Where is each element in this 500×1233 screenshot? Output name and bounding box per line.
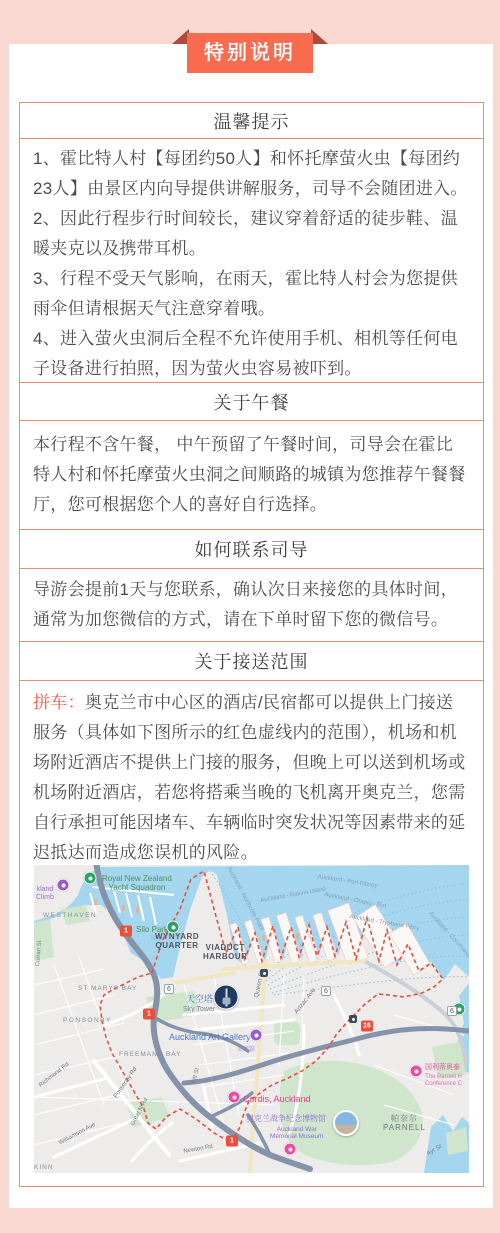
pickup-text: 拼车：奥克兰市中心区的酒店/民宿都可以提供上门接送服务（具体如下图所示的红色虚线… [33, 688, 470, 868]
pickup-body: 奥克兰市中心区的酒店/民宿都可以提供上门接送服务（具体如下图所示的红色虚线内的范… [33, 693, 466, 862]
transit-station-icon [349, 1015, 357, 1023]
map-label: Great N Rd [130, 1097, 150, 1127]
ferry-route-label: Auckland - Rakino Island [260, 886, 326, 903]
map-label: 奥克兰战争纪念博物馆 [246, 1114, 326, 1123]
contact-content: 导游会提前1天与您联系，确认次日来接您的具体时间，通常为加您微信的方式，请在下单… [20, 569, 483, 641]
map-label: Auckland Art Gallery [169, 1032, 251, 1042]
tips-item-1: 1、霍比特人村【每团约50人】和怀托摩萤火虫【每团约23人】由景区内向导提供讲解… [33, 144, 470, 204]
map-label: PONSONBY [63, 1017, 112, 1024]
tips-content: 1、霍比特人村【每团约50人】和怀托摩萤火虫【每团约23人】由景区内向导提供讲解… [20, 139, 483, 382]
highway-1-shield: 1 [120, 926, 132, 937]
map-label: Silo Park [136, 925, 168, 934]
map-label: Richmond Rd [38, 1062, 71, 1090]
contact-title: 如何联系司导 [20, 529, 483, 569]
map-label: Ayr St [426, 1144, 444, 1158]
map-label: WYNYARD QUARTER [155, 932, 199, 950]
map-label: 帕奈尔 PARNELL [383, 1114, 426, 1132]
map-label: 天空塔 [186, 994, 213, 1004]
parnell-hotel-icon [410, 1065, 423, 1078]
pickup-content: 拼车：奥克兰市中心区的酒店/民宿都可以提供上门接送服务（具体如下图所示的红色虚线… [20, 681, 483, 1188]
section-banner: 特别说明 [187, 33, 313, 73]
map-label: VIADUCT HARBOUR [203, 943, 247, 961]
auckland-pickup-area-map: kland ClimbRoyal New Zealand Yacht Squad… [34, 865, 469, 1173]
ferry-route-label: Auckland - Northcote Point [226, 866, 265, 932]
lunch-text: 本行程不含午餐， 中午预留了午餐时间，司导会在霍比特人村和怀托摩萤火虫洞之间顺路… [33, 430, 470, 520]
contact-text: 导游会提前1天与您联系，确认次日来接您的具体时间，通常为加您微信的方式，请在下单… [33, 575, 470, 635]
highway-1-shield: 1 [226, 1136, 238, 1147]
map-label: kland Climb [36, 886, 54, 902]
ribbon-fold-right [311, 29, 328, 44]
route-6-shield: 6 [447, 1006, 457, 1016]
tips-item-4: 4、进入萤火虫洞后全程不允许使用手机、相机等任何电子设备进行拍照，因为萤火虫容易… [33, 324, 470, 382]
map-label: Pitt St [191, 1068, 202, 1085]
map-label: The Parnell H Conference C [425, 1074, 462, 1088]
map-label: ST MARYS BAY [78, 985, 137, 992]
map-label: KINN [34, 1164, 54, 1171]
hotel-icon [284, 1143, 297, 1156]
map-label: Newton Rd [183, 1144, 213, 1156]
ferry-route-label: Auckland - Coromandel [428, 911, 469, 962]
highway-1-shield: 1 [143, 1009, 155, 1020]
map-label-layer: kland ClimbRoyal New Zealand Yacht Squad… [34, 865, 469, 1173]
map-label: Curran St [35, 940, 44, 966]
bridge-climb-icon [57, 879, 70, 892]
tips-item-3: 3、行程不受天气影响，在雨天，霍比特人村会为您提供雨伞但请根据天气注意穿着哦。 [33, 264, 470, 324]
notes-box: 温馨提示 1、霍比特人村【每团约50人】和怀托摩萤火虫【每团约23人】由景区内向… [19, 102, 484, 1187]
map-label: Sky Tower [183, 1006, 215, 1014]
route-6-shield: 6 [164, 984, 174, 994]
tips-item-2: 2、因此行程步行时间较长，建议穿着舒适的徒步鞋、温暖夹克以及携带耳机。 [33, 204, 470, 264]
war-memorial-museum-icon [333, 1110, 359, 1136]
map-label: Ponsonby Rd [113, 1066, 139, 1099]
sky-tower-icon [214, 985, 239, 1010]
carpool-label: 拼车： [33, 693, 85, 712]
yacht-squadron-icon [84, 872, 97, 885]
art-gallery-icon [250, 1029, 263, 1042]
ferry-route-label: Auckland - Orapiu - Rot [324, 892, 387, 910]
highway-16-shield: 16 [361, 1021, 373, 1032]
map-label: 公园 [150, 936, 162, 943]
map-label: Williamson Ave [58, 1122, 97, 1147]
ferry-route-label: Auckland - Port Fitzroy [317, 874, 378, 889]
transit-station-icon [260, 969, 268, 977]
lunch-content: 本行程不含午餐， 中午预留了午餐时间，司导会在霍比特人村和怀托摩萤火虫洞之间顺路… [20, 421, 483, 529]
lunch-title: 关于午餐 [20, 382, 483, 421]
tips-title: 温馨提示 [20, 103, 483, 139]
route-6-shield: 6 [321, 986, 331, 996]
map-label: 国利蒂奥泰 [425, 1064, 460, 1072]
silo-park-icon [167, 921, 180, 934]
special-notes-page: 特别说明 温馨提示 1、霍比特人村【每团约50人】和怀托摩萤火虫【每团约23人】… [0, 0, 500, 1233]
map-label: Auckland War Memorial Museum [270, 1126, 323, 1141]
cordis-hotel-icon [228, 1091, 241, 1104]
pickup-title: 关于接送范围 [20, 641, 483, 681]
map-label: Cordis, Auckland [243, 1094, 311, 1104]
map-label: Anzac Ave [293, 987, 318, 1016]
map-label: WESTHAVEN [43, 912, 97, 919]
ferry-route-label: Auckland - Tryphena Ferry [349, 914, 420, 932]
map-label: Royal New Zealand Yacht Squadron [102, 874, 172, 892]
map-label: 美术馆 [237, 1047, 255, 1054]
map-label: FREEMANS BAY [119, 1051, 181, 1058]
